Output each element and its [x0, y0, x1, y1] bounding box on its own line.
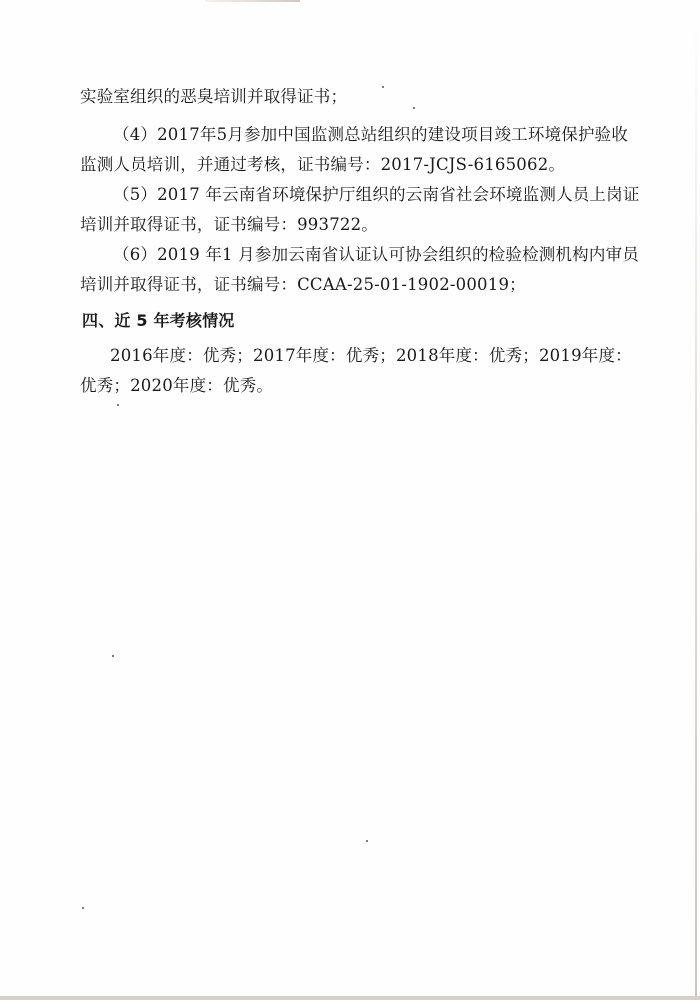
- scan-speck: [112, 655, 114, 657]
- item-5-line-1: （5）2017 年云南省环境保护厅组织的云南省社会环境监测人员上岗证: [113, 185, 640, 205]
- scan-edge-bottom: [0, 996, 700, 1000]
- scan-edge-top: [205, 0, 300, 2]
- scan-speck: [117, 404, 119, 406]
- item-6-line-1: （6）2019 年1 月参加云南省认证认可协会组织的检验检测机构内审员: [113, 245, 639, 265]
- scanned-document-page: 实验室组织的恶臭培训并取得证书； （4）2017年5月参加中国监测总站组织的建设…: [0, 0, 700, 1000]
- scan-speck: [413, 107, 415, 109]
- item-5-line-2: 培训并取得证书，证书编号：993722。: [80, 215, 378, 235]
- assessment-line-1: 2016年度：优秀；2017年度：优秀；2018年度：优秀；2019年度：: [110, 346, 632, 366]
- scan-edge-right: [695, 0, 697, 997]
- item-4-line-2: 监测人员培训，并通过考核，证书编号：2017-JCJS-6165062。: [80, 155, 565, 175]
- item-6-line-2: 培训并取得证书，证书编号：CCAA-25-01-1902-00019；: [80, 275, 526, 295]
- scan-speck: [366, 840, 368, 842]
- item-4-line-1: （4）2017年5月参加中国监测总站组织的建设项目竣工环境保护验收: [113, 125, 628, 145]
- scan-speck: [382, 86, 384, 88]
- section-heading: 四、近 5 年考核情况: [82, 311, 234, 331]
- paragraph-line: 实验室组织的恶臭培训并取得证书；: [80, 87, 347, 107]
- scan-speck: [82, 907, 84, 909]
- assessment-line-2: 优秀；2020年度：优秀。: [80, 376, 273, 396]
